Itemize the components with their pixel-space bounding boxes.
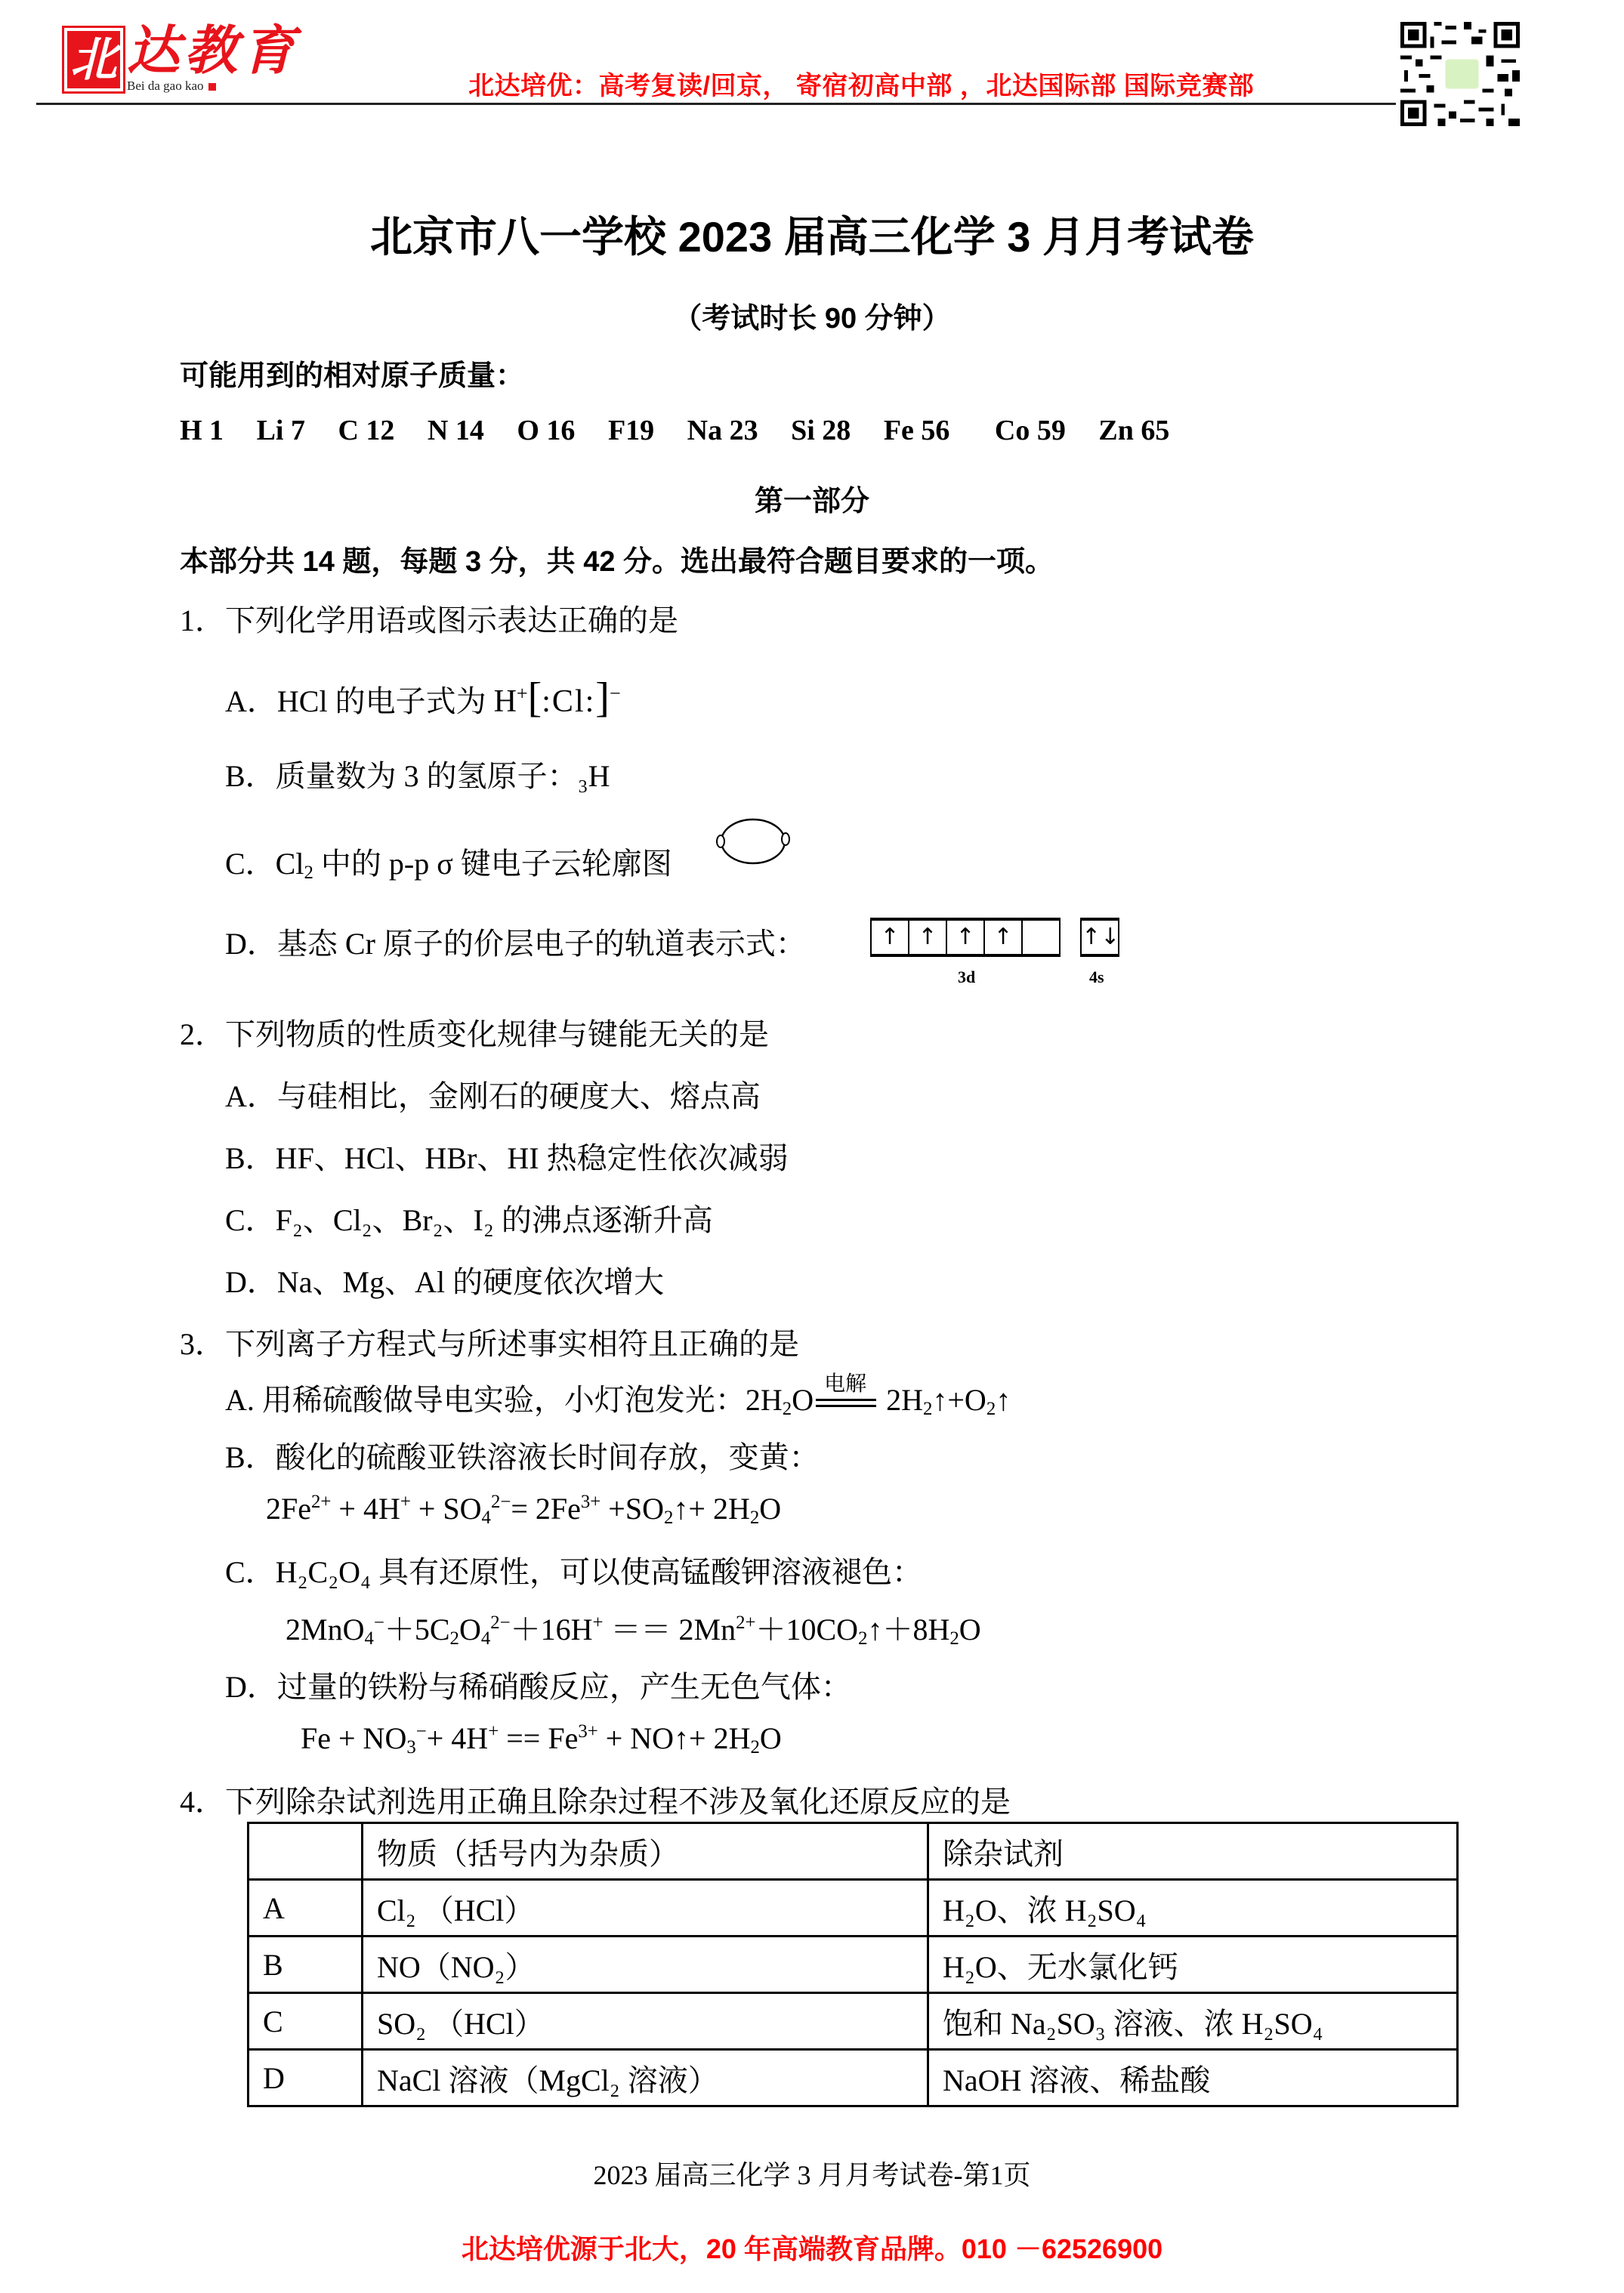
mass-item: Li 7 — [257, 415, 305, 446]
logo-subtitle: Bei da gao kao — [127, 79, 216, 94]
mass-item: Fe 56 — [884, 415, 950, 446]
q3-option-c-equation: 2MnO4−＋5C2O42−＋16H+ ＝＝ 2Mn2+＋10CO2↑＋8H2O — [286, 1606, 981, 1650]
table-cell: H₂O、浓 H₂SO₄ — [928, 1880, 1458, 1937]
orbital-3d-5 — [1021, 918, 1061, 957]
table-cell: 饱和 Na₂SO₃ 溶液、浓 H₂SO₄ — [928, 1993, 1458, 2050]
q2-option-b: B．HF、HCl、HBr、HI 热稳定性依次减弱 — [225, 1134, 789, 1177]
reaction-condition: 电解 — [824, 1367, 866, 1397]
mass-item: F19 — [608, 415, 654, 446]
q2-option-a: A．与硅相比，金刚石的硬度大、熔点高 — [225, 1072, 761, 1116]
q1-option-b: B．质量数为 3 的氢原子：₃H — [225, 752, 610, 795]
mass-item: Si 28 — [791, 415, 851, 446]
table-row: B NO（NO₂） H₂O、无水氯化钙 — [249, 1937, 1458, 1993]
sigma-bond-cloud-icon — [716, 816, 790, 867]
q1-option-a: A．HCl 的电子式为 H+[:Cl:]− — [225, 674, 621, 722]
atomic-mass-label: 可能用到的相对原子质量： — [180, 352, 524, 393]
table-header-row: 物质（括号内为杂质） 除杂试剂 — [249, 1823, 1458, 1880]
table-cell: C — [249, 1993, 363, 2050]
table-cell: H₂O、无水氯化钙 — [928, 1937, 1458, 1993]
header-divider — [36, 103, 1396, 105]
mass-item: O 16 — [517, 415, 575, 446]
exam-duration: （考试时长 90 分钟） — [0, 295, 1624, 336]
orbital-3d-4: ↑ — [983, 918, 1023, 957]
part-instructions: 本部分共 14 题，每题 3 分，共 42 分。选出最符合题目要求的一项。 — [180, 538, 1054, 579]
table-header-cell: 除杂试剂 — [928, 1823, 1458, 1880]
table-cell: NaCl 溶液（MgCl₂ 溶液） — [363, 2050, 928, 2106]
logo-char: 北 — [64, 28, 123, 91]
q4-stem: 4．下列除杂试剂选用正确且除杂过程不涉及氧化还原反应的是 — [180, 1778, 1011, 1821]
q3-option-a: A. 用稀硫酸做导电实验，小灯泡发光：2H2O电解 2H2↑+O2↑ — [225, 1376, 1011, 1420]
q4-table: 物质（括号内为杂质） 除杂试剂 A Cl₂ （HCl） H₂O、浓 H₂SO₄ … — [247, 1822, 1459, 2107]
table-row: C SO₂ （HCl） 饱和 Na₂SO₃ 溶液、浓 H₂SO₄ — [249, 1993, 1458, 2050]
qr-code-icon — [1396, 18, 1524, 130]
q3-option-d: D．过量的铁粉与稀硝酸反应，产生无色气体： — [225, 1663, 851, 1706]
table-cell: D — [249, 2050, 363, 2106]
page-number: 2023 届高三化学 3 月月考试卷-第1页 — [0, 2154, 1624, 2193]
part-title: 第一部分 — [0, 477, 1624, 519]
q2-stem: 2．下列物质的性质变化规律与键能无关的是 — [180, 1011, 769, 1054]
table-cell: A — [249, 1880, 363, 1937]
label-3d: 3d — [958, 968, 975, 987]
table-row: A Cl₂ （HCl） H₂O、浓 H₂SO₄ — [249, 1880, 1458, 1937]
orbital-3d-2: ↑ — [908, 918, 947, 957]
equation: 2H2O电解 2H2↑+O2↑ — [746, 1383, 1011, 1417]
q3-option-b-equation: 2Fe2+ + 4H+ + SO42−= 2Fe3+ +SO2↑+ 2H2O — [266, 1491, 781, 1529]
q1-option-c-text: C．Cl — [225, 847, 304, 881]
q1-option-d: D．基态 Cr 原子的价层电子的轨道表示式： — [225, 920, 806, 963]
table-cell: NO（NO₂） — [363, 1937, 928, 1993]
logo-text: 达教育 — [127, 18, 299, 83]
q1-stem: 1．下列化学用语或图示表达正确的是 — [180, 597, 678, 640]
orbital-3d-1: ↑ — [870, 918, 909, 957]
subscript: 2 — [304, 863, 313, 883]
logo-subtitle-text: Bei da gao kao — [127, 79, 204, 93]
q3-option-c: C．H₂C₂O₄ 具有还原性，可以使高锰酸钾溶液褪色： — [225, 1548, 922, 1591]
mass-item: H 1 — [180, 415, 224, 446]
orbital-3d-3: ↑ — [946, 918, 985, 957]
mass-item: C 12 — [338, 415, 394, 446]
mass-item: Co 59 — [995, 415, 1066, 446]
table-cell: SO₂ （HCl） — [363, 1993, 928, 2050]
table-header-cell: 物质（括号内为杂质） — [363, 1823, 928, 1880]
table-row: D NaCl 溶液（MgCl₂ 溶液） NaOH 溶液、稀盐酸 — [249, 2050, 1458, 2106]
orbital-4s: ↑↓ — [1080, 918, 1119, 957]
header-slogan: 北达培优：高考复读/回京， 寄宿初高中部 ，北达国际部 国际竞赛部 — [468, 65, 1254, 102]
footer-advertisement: 北达培优源于北大，20 年高端教育品牌。010 －62526900 — [0, 2228, 1624, 2267]
q2-option-d: D．Na、Mg、Al 的硬度依次增大 — [225, 1258, 664, 1301]
q3-option-b: B．酸化的硫酸亚铁溶液长时间存放，变黄： — [225, 1434, 820, 1477]
mass-item: N 14 — [428, 415, 484, 446]
q1-option-a-text: A．HCl 的电子式为 — [225, 684, 486, 718]
q3-stem: 3．下列离子方程式与所述事实相符且正确的是 — [180, 1320, 799, 1363]
mass-item: Zn 65 — [1098, 415, 1169, 446]
q1-option-c: C．Cl2 中的 p-p σ 键电子云轮廓图 — [225, 840, 672, 884]
table-cell: NaOH 溶液、稀盐酸 — [928, 2050, 1458, 2106]
hcl-electron-formula: H+[:Cl:]− — [494, 684, 621, 719]
q2-option-c: C．F₂、Cl₂、Br₂、I₂ 的沸点逐渐升高 — [225, 1196, 713, 1239]
q1-option-b-text: B．质量数为 3 的氢原子： — [225, 759, 578, 793]
q1-option-b-formula: ₃H — [578, 759, 610, 793]
atomic-mass-list: H 1 Li 7 C 12 N 14 O 16 F19 Na 23 Si 28 … — [180, 414, 1195, 447]
table-cell: Cl₂ （HCl） — [363, 1880, 928, 1937]
red-square-icon — [208, 83, 216, 91]
logo-mark: 北 — [62, 26, 125, 94]
table-header-cell — [249, 1823, 363, 1880]
q1-option-c-text: 中的 p-p σ 键电子云轮廓图 — [313, 847, 672, 881]
mass-item: Na 23 — [687, 415, 758, 446]
q3-option-d-equation: Fe + NO3−+ 4H+ == Fe3+ + NO↑+ 2H2O — [301, 1721, 782, 1758]
label-4s: 4s — [1089, 968, 1104, 987]
exam-title: 北京市八一学校 2023 届高三化学 3 月月考试卷 — [0, 204, 1624, 264]
q3-option-a-text: A. 用稀硫酸做导电实验，小灯泡发光： — [225, 1383, 746, 1417]
table-cell: B — [249, 1937, 363, 1993]
